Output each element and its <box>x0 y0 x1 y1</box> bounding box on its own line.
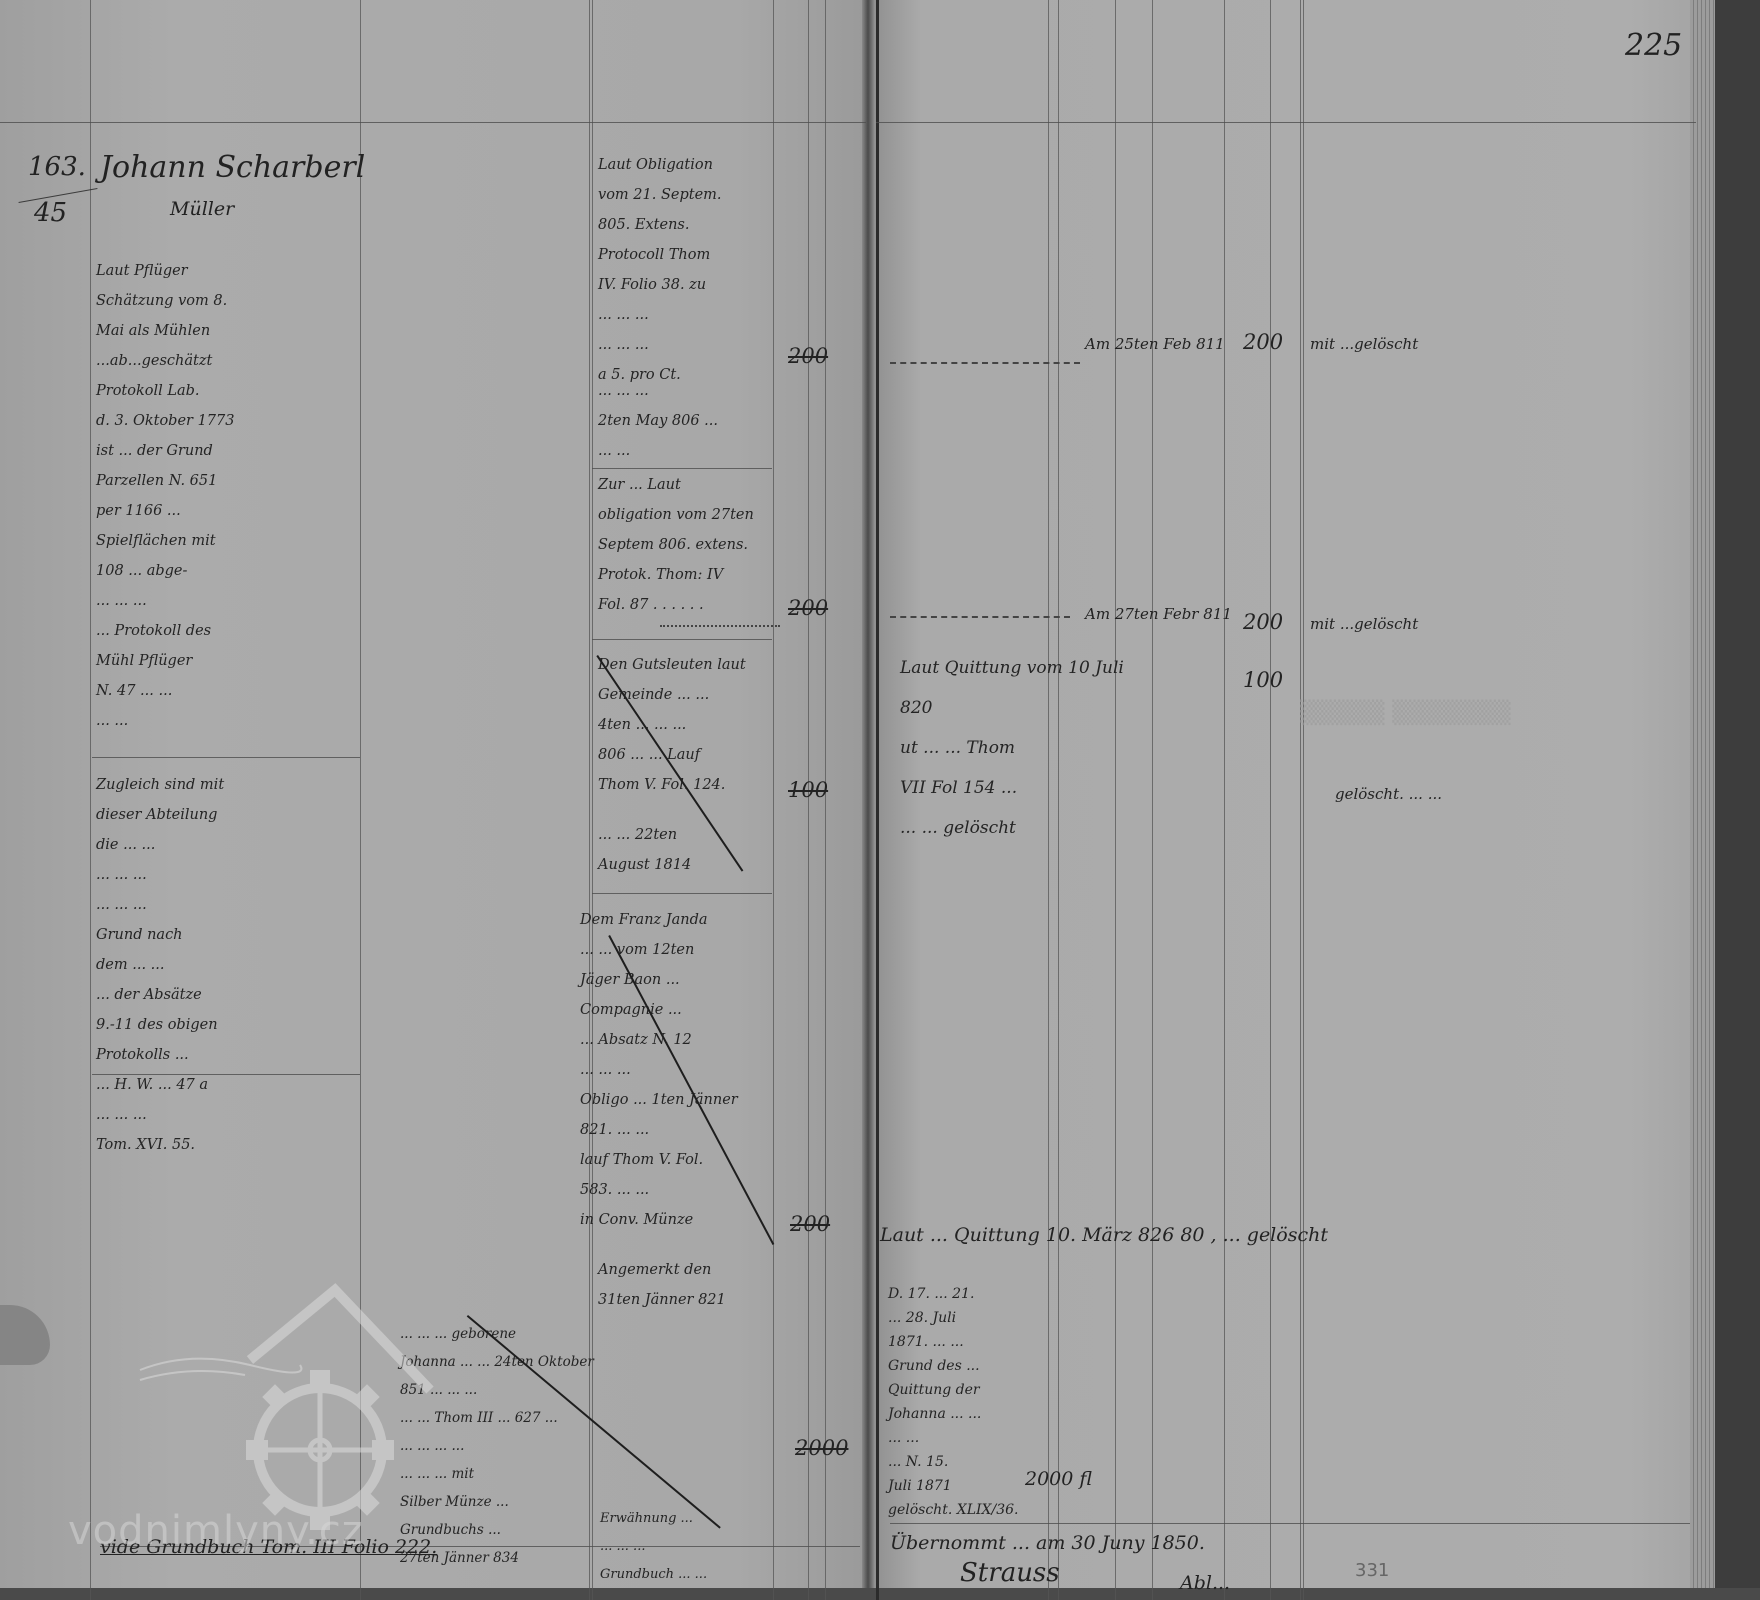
payment-3-amount: 100 <box>1243 668 1283 692</box>
archive-stamp-number: 331 <box>1355 1560 1389 1581</box>
amount-entry-1: 200 <box>788 344 828 368</box>
payment-1-remark: mit ...gelöscht <box>1310 330 1418 358</box>
page-edges <box>1690 0 1715 1600</box>
section-rule <box>92 757 360 758</box>
obligation-entry-1-note: ... ... ... 2ten May 806 ... ... ... <box>598 376 718 466</box>
obligation-entry-2: Zur ... Laut obligation vom 27ten Septem… <box>598 470 754 620</box>
leader-dots <box>660 625 780 627</box>
rule-line <box>1300 0 1301 1600</box>
watermark-text: vodnimlyny.cz <box>68 1508 364 1554</box>
amount-entry-3: 100 <box>788 778 828 802</box>
amount-entry-2: 200 <box>788 596 828 620</box>
footer-rule <box>890 1523 1690 1524</box>
page-number: 225 <box>1625 28 1682 63</box>
deletion-note: D. 17. ... 21. ... 28. Juli 1871. ... ..… <box>888 1282 1018 1522</box>
leader-dashes <box>890 362 1080 364</box>
column1-text: Laut Pflüger Schätzung vom 8. Mai als Mü… <box>96 256 234 736</box>
obligation-entry-3-note: ... ... 22ten August 1814 <box>598 820 691 880</box>
signature-2: Abl... <box>1180 1572 1230 1594</box>
deletion-amount: 2000 fl <box>1025 1468 1092 1490</box>
payment-2-remark: mit ...gelöscht <box>1310 610 1418 638</box>
book-gutter <box>862 0 874 1600</box>
quittung-row: Laut ... Quittung 10. März 826 80 , ... … <box>880 1224 1328 1246</box>
quittung-note: Laut Quittung vom 10 Juli 820 ut ... ...… <box>900 648 1124 848</box>
obligation-entry-3: Den Gutsleuten laut Gemeinde ... ... 4te… <box>598 650 746 800</box>
owner-name: Johann Scharberl <box>100 150 365 185</box>
entry-number: 163. <box>28 152 86 182</box>
obligation-entry-4-note: Angemerkt den 31ten Jänner 821 <box>598 1255 726 1315</box>
leader-dashes <box>890 616 1070 618</box>
rule-line <box>876 0 879 1600</box>
rule-line <box>1152 0 1153 1600</box>
bleed-through-stamp: ▒▒▒▒▒ ▒▒▒▒▒▒▒ <box>1300 700 1511 726</box>
obligation-entry-4: Dem Franz Janda ... ... vom 12ten Jäger … <box>580 905 738 1235</box>
signature: Strauss <box>960 1558 1060 1588</box>
amount-entry-5: 2000 <box>795 1436 848 1460</box>
entry-sub-number: 45 <box>34 198 67 228</box>
section-rule <box>592 639 772 640</box>
payment-1-amount: 200 <box>1243 330 1283 354</box>
rule-line <box>1224 0 1225 1600</box>
payment-2-date: Am 27ten Febr 811 <box>1085 600 1232 628</box>
section-rule <box>592 893 772 894</box>
header-rule <box>876 122 1696 123</box>
owner-occupation: Müller <box>170 198 234 220</box>
column1-text-b: Zugleich sind mit dieser Abteilung die .… <box>96 770 224 1160</box>
obligation-entry-1: Laut Obligation vom 21. Septem. 805. Ext… <box>598 150 722 390</box>
book-cover-edge <box>1715 0 1760 1600</box>
closing-note: Übernommt ... am 30 Juny 1850. <box>890 1532 1205 1554</box>
bottom-shadow <box>0 1588 1760 1600</box>
payment-1-date: Am 25ten Feb 811 <box>1085 330 1225 358</box>
rule-line <box>1270 0 1271 1600</box>
rule-line <box>1303 0 1304 1600</box>
payment-2-amount: 200 <box>1243 610 1283 634</box>
rule-line <box>773 0 774 1600</box>
section-rule <box>592 468 772 469</box>
amount-entry-4: 200 <box>790 1212 830 1236</box>
footer-signature: Erwähnung ... ... ... ... Grundbuch ... … <box>600 1505 707 1589</box>
header-rule <box>0 122 866 123</box>
loschung-note: gelöscht. ... ... <box>1335 780 1442 808</box>
